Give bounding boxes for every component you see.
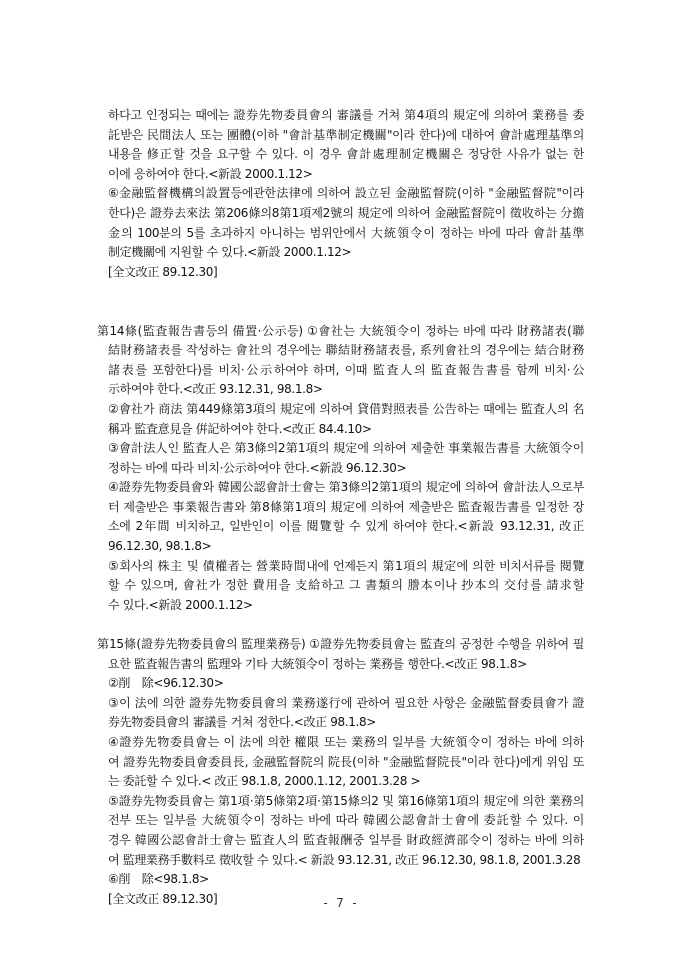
article-14-paragraph-3: ③會計法人인 監査人은 第3條의2第1項의 規定에 의하여 제출한 事業報告書를… <box>97 439 584 478</box>
text-line: ⑤회사의 株主 및 債權者는 營業時間내에 언제든지 第1項의 規定에 의한 비… <box>97 557 584 577</box>
spacer <box>97 615 584 635</box>
article-15-paragraph-2: ②削 除<96.12.30> <box>97 674 584 694</box>
text-line: 示하여야 한다.<改正 93.12.31, 98.1.8> <box>97 380 584 400</box>
document-page: 하다고 인정되는 때에는 證券先物委員會의 審議를 거쳐 第4項의 規定에 의하… <box>97 106 584 909</box>
spacer <box>97 302 584 322</box>
article-15-paragraph-6: ⑥削 除<98.1.8> <box>97 870 584 890</box>
text-line: 내용을 修正할 것을 요구할 수 있다. 이 경우 會計處理制定機關은 정당한 … <box>97 145 584 165</box>
text-line: 경우 韓國公認會計士會는 監査人의 監査報酬중 일부를 財政經濟部令이 정하는 … <box>97 831 584 851</box>
text-line: 전부 또는 일부를 大統領令이 정하는 바에 따라 韓國公認會計士會에 委託할 … <box>97 811 584 831</box>
text-line: 터 제출받은 事業報告書와 第8條第1項의 規定에 의하여 제출받은 監査報告書… <box>97 498 584 518</box>
text-line: ⑥金融監督機構의設置등에관한法律에 의하여 設立된 金融監督院(이하 "金融監督… <box>97 184 584 204</box>
text-line: 여 監理業務手數料로 徵收할 수 있다.< 新設 93.12.31, 改正 96… <box>97 851 584 871</box>
article-14: 第14條(監査報告書등의 備置·公示등) ①會社는 大統領令이 정하는 바에 따… <box>97 322 584 616</box>
text-line: 정하는 바에 따라 비치·公示하여야 한다.<新設 96.12.30> <box>97 459 584 479</box>
text-line: 요한 監査報告書의 監理와 기타 大統領令이 정하는 業務를 행한다.<改正 9… <box>97 655 584 675</box>
text-line: 96.12.30, 98.1.8> <box>97 537 584 557</box>
spacer <box>97 282 584 302</box>
paragraph-continuation: 하다고 인정되는 때에는 證券先物委員會의 審議를 거쳐 第4項의 規定에 의하… <box>97 106 584 184</box>
text-line: 諸表를 포함한다)를 비치·公示하여야 하며, 이때 監査人의 監査報告書를 함… <box>97 361 584 381</box>
text-line: ③會計法人인 監査人은 第3條의2第1項의 規定에 의하여 제출한 事業報告書를… <box>97 439 584 459</box>
text-line: 한다)은 證券去來法 第206條의8第1項제2號의 規定에 의하여 金融監督院이… <box>97 204 584 224</box>
article-heading-line: 第15條(證券先物委員會의 監理業務등) ①證券先物委員會는 監査의 공정한 수… <box>97 635 584 655</box>
text-line: ⑤證券先物委員會는 第1項·第5條第2項·第15條의2 및 第16條第1項의 規… <box>97 792 584 812</box>
text-line: 소에 2年間 비치하고, 일반인이 이를 閱覽할 수 있게 하여야 한다.<新設… <box>97 517 584 537</box>
text-line: 할 수 있으며, 會社가 정한 費用을 支給하고 그 書類의 謄本이나 抄本의 … <box>97 576 584 596</box>
text-line: 여 證券先物委員會委員長, 金融監督院의 院長(이하 "金融監督院長"이라 한다… <box>97 753 584 773</box>
paragraph-6: ⑥金融監督機構의設置등에관한法律에 의하여 設立된 金融監督院(이하 "金融監督… <box>97 184 584 262</box>
text-line: ③이 法에 의한 證券先物委員會의 業務遂行에 관하여 필요한 사항은 金融監督… <box>97 694 584 714</box>
text-line: 는 委託할 수 있다.< 改正 98.1.8, 2000.1.12, 2001.… <box>97 772 584 792</box>
text-line: 이에 응하여야 한다.<新設 2000.1.12> <box>97 165 584 185</box>
text-line: 수 있다.<新設 2000.1.12> <box>97 596 584 616</box>
article-15-paragraph-3: ③이 法에 의한 證券先物委員會의 業務遂行에 관하여 필요한 사항은 金融監督… <box>97 694 584 733</box>
text-line: ④證券先物委員會는 이 法에 의한 權限 또는 業務의 일부를 大統領令이 정하… <box>97 733 584 753</box>
text-line: 託받은 民間法人 또는 團體(이하 "會計基準制定機關"이라 한다)에 대하여 … <box>97 126 584 146</box>
article-15: 第15條(證券先物委員會의 監理業務등) ①證券先物委員會는 監査의 공정한 수… <box>97 635 584 890</box>
text-line: 制定機關에 지원할 수 있다.<新設 2000.1.12> <box>97 243 584 263</box>
article-14-paragraph-2: ②會社가 商法 第449條第3項의 規定에 의하여 貸借對照表를 公告하는 때에… <box>97 400 584 439</box>
article-heading-line: 第14條(監査報告書등의 備置·公示등) ①會社는 大統領令이 정하는 바에 따… <box>97 322 584 342</box>
text-line: 金의 100분의 5를 초과하지 아니하는 범위안에서 大統領令이 정하는 바에… <box>97 224 584 244</box>
text-line: ④證券先物委員會와 韓國公認會計士會는 第3條의2第1項의 規定에 의하여 會計… <box>97 478 584 498</box>
article-15-paragraph-5: ⑤證券先物委員會는 第1項·第5條第2項·第15條의2 및 第16條第1項의 規… <box>97 792 584 870</box>
page-number: - 7 - <box>0 896 680 910</box>
article-15-paragraph-4: ④證券先物委員會는 이 法에 의한 權限 또는 業務의 일부를 大統領令이 정하… <box>97 733 584 792</box>
text-line: 하다고 인정되는 때에는 證券先物委員會의 審議를 거쳐 第4項의 規定에 의하… <box>97 106 584 126</box>
text-line: 券先物委員會의 審議를 거쳐 정한다.<改正 98.1.8> <box>97 713 584 733</box>
article-14-paragraph-5: ⑤회사의 株主 및 債權者는 營業時間내에 언제든지 第1項의 規定에 의한 비… <box>97 557 584 616</box>
text-line: ②會社가 商法 第449條第3項의 規定에 의하여 貸借對照表를 公告하는 때에… <box>97 400 584 420</box>
text-line: 結財務諸表를 작성하는 會社의 경우에는 聯結財務諸表를, 系列會社의 경우에는… <box>97 341 584 361</box>
article-14-paragraph-4: ④證券先物委員會와 韓國公認會計士會는 第3條의2第1項의 規定에 의하여 會計… <box>97 478 584 556</box>
amendment-note: [全文改正 89.12.30] <box>97 263 584 283</box>
text-line: 稱과 監査意見을 倂記하여야 한다.<改正 84.4.10> <box>97 420 584 440</box>
